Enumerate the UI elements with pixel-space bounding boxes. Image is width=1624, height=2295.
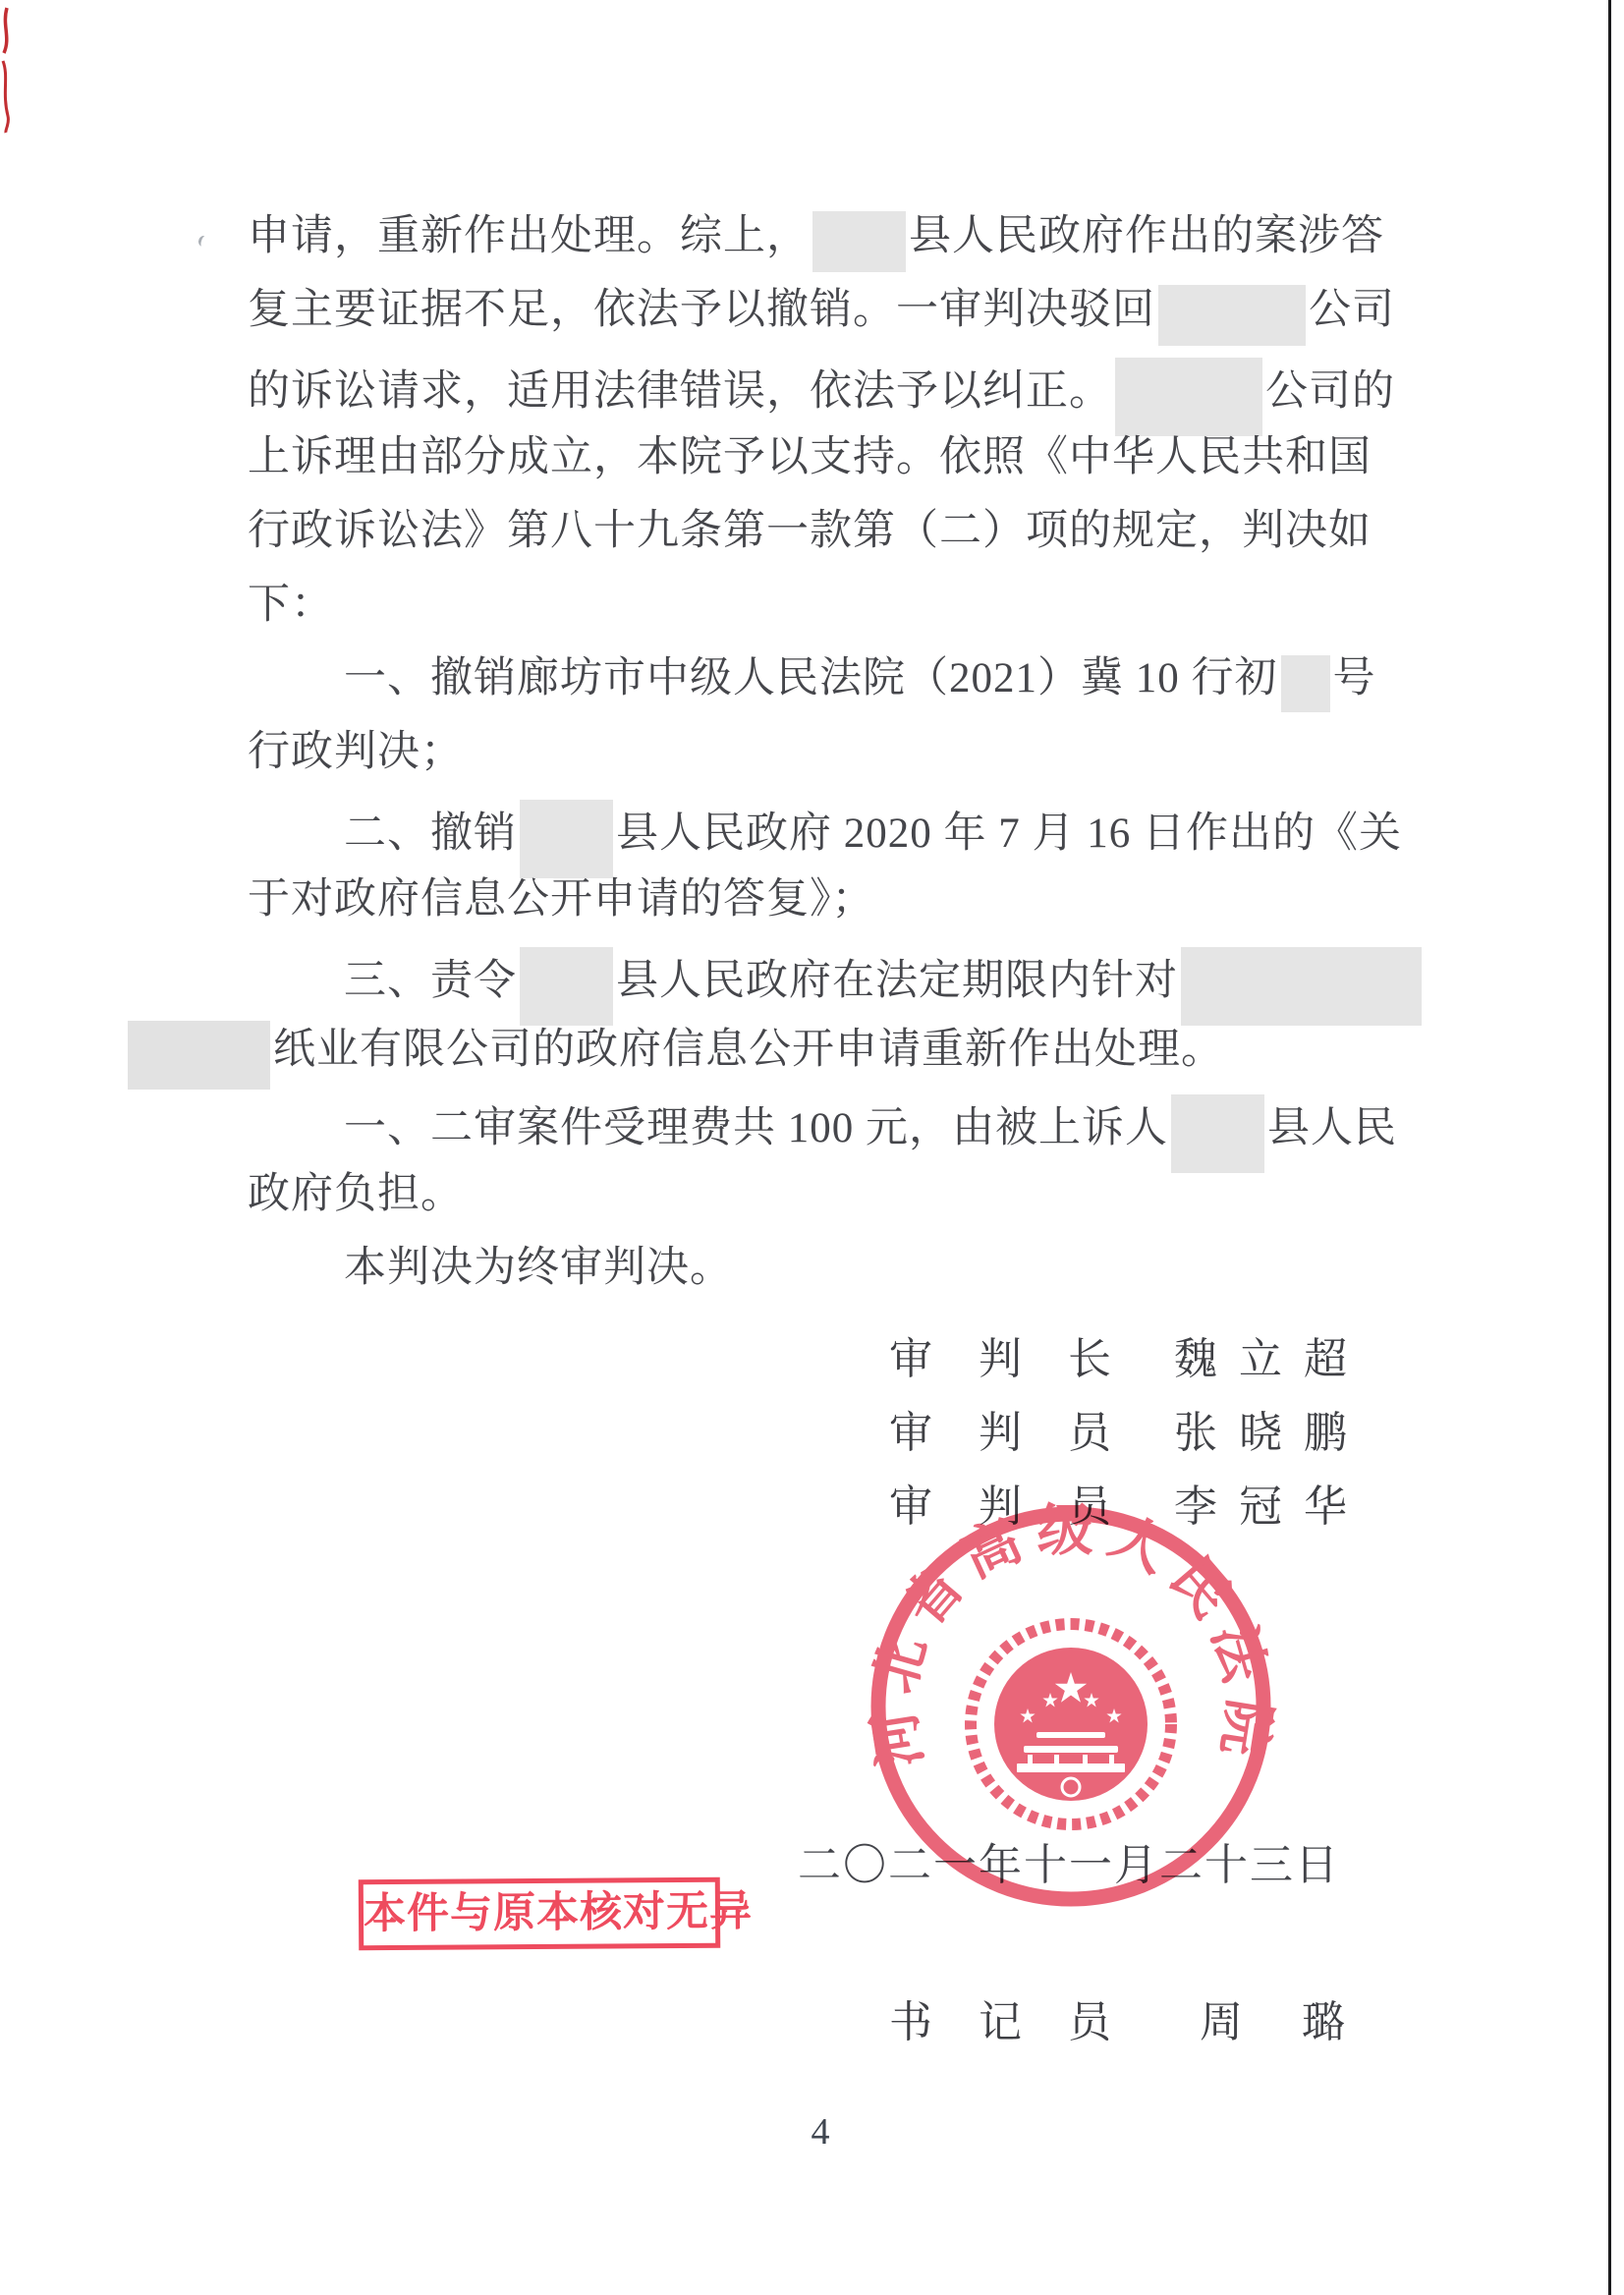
body-text: 县人民政府 2020 年 7 月 16 日作出的《关 [616,811,1402,857]
body-text: 公司的 [1265,368,1395,415]
red-pen-edge-marks [0,6,20,134]
redaction-box [812,211,906,272]
redaction-box [1115,358,1262,436]
body-text: 本判决为终审判决。 [344,1245,733,1291]
body-line: 三、责令县人民政府在法定期限内针对 [344,945,1425,1024]
judge-role: 审 判 长 [889,1335,1111,1383]
body-text: 公司 [1309,287,1395,333]
body-line: 本判决为终审判决。 [344,1240,733,1297]
body-line: 上诉理由部分成立，本院予以支持。依照《中华人民共和国 [248,429,1372,486]
verification-stamp: 本件与原本核对无异 [359,1877,720,1951]
body-line: 二、撤销县人民政府 2020 年 7 月 16 日作出的《关 [344,798,1402,876]
body-text: 一、二审案件受理费共 100 元，由被上诉人 [344,1105,1168,1151]
body-line: 政府负担。 [248,1166,464,1223]
body-line: 下： [248,577,334,634]
redaction-box [1158,285,1306,346]
redaction-box [1281,655,1330,712]
judge-role: 审 判 员 [889,1409,1111,1457]
body-text: 一、撤销廊坊市中级人民法院（2021）冀 10 行初 [344,655,1278,701]
redaction-box [520,947,613,1026]
body-text: 下： [248,582,334,628]
judge-name: 张晓鹏 [1174,1409,1369,1457]
redaction-box [520,800,613,878]
body-text: 三、责令 [344,958,517,1004]
body-text: 县人民政府作出的案涉答 [909,213,1384,259]
judge-row: 审 判 长魏立超 [889,1323,1369,1386]
body-line: 的诉讼请求，适用法律错误，依法予以纠正。公司的 [248,356,1395,434]
national-emblem [971,1624,1171,1824]
redaction-box [1181,947,1422,1026]
judgment-page: 申请，重新作出处理。综上，县人民政府作出的案涉答 复主要证据不足，依法予以撤销。… [0,0,1624,2295]
body-line: 行政判决； [248,724,464,781]
judge-name: 魏立超 [1174,1335,1369,1383]
body-line: 申请，重新作出处理。综上，县人民政府作出的案涉答 [248,208,1384,270]
body-line: 复主要证据不足，依法予以撤销。一审判决驳回公司 [248,282,1395,344]
court-seal: 河北省高级人民法院 [863,1498,1279,1915]
body-text: 复主要证据不足，依法予以撤销。一审判决驳回 [248,287,1155,333]
body-line: 纸业有限公司的政府信息公开申请重新作出处理。 [248,1019,1224,1088]
body-line: 于对政府信息公开申请的答复》； [248,871,875,928]
body-text: 行政判决； [248,729,464,775]
body-text: 行政诉讼法》第八十九条第一款第（二）项的规定，判决如 [248,508,1372,554]
body-line: 一、撤销廊坊市中级人民法院（2021）冀 10 行初号 [344,650,1376,710]
body-text: 的诉讼请求，适用法律错误，依法予以纠正。 [248,368,1112,415]
body-text: 上诉理由部分成立，本院予以支持。依照《中华人民共和国 [248,434,1372,480]
redaction-box [1171,1094,1264,1173]
body-text: 于对政府信息公开申请的答复》； [248,876,875,923]
clerk-row: 书 记 员周 璐 [889,1987,1347,2049]
judge-row: 审 判 员张晓鹏 [889,1397,1369,1460]
clerk-name: 周 璐 [1200,1998,1347,2046]
body-text: 号 [1333,655,1376,701]
body-text: 县人民政府在法定期限内针对 [616,958,1178,1004]
body-line: 一、二审案件受理费共 100 元，由被上诉人县人民 [344,1092,1397,1171]
body-text: 二、撤销 [344,811,517,857]
clerk-role: 书 记 员 [889,1998,1111,2046]
body-text: 政府负担。 [248,1171,464,1217]
scan-speck [197,235,210,249]
redaction-box [128,1021,270,1090]
body-text: 县人民 [1267,1105,1397,1151]
body-text: 纸业有限公司的政府信息公开申请重新作出处理。 [273,1027,1224,1073]
body-text: 申请，重新作出处理。综上， [248,213,810,259]
body-line: 行政诉讼法》第八十九条第一款第（二）项的规定，判决如 [248,503,1372,560]
scan-edge-line [1608,0,1611,2295]
page-number: 4 [791,2110,850,2154]
